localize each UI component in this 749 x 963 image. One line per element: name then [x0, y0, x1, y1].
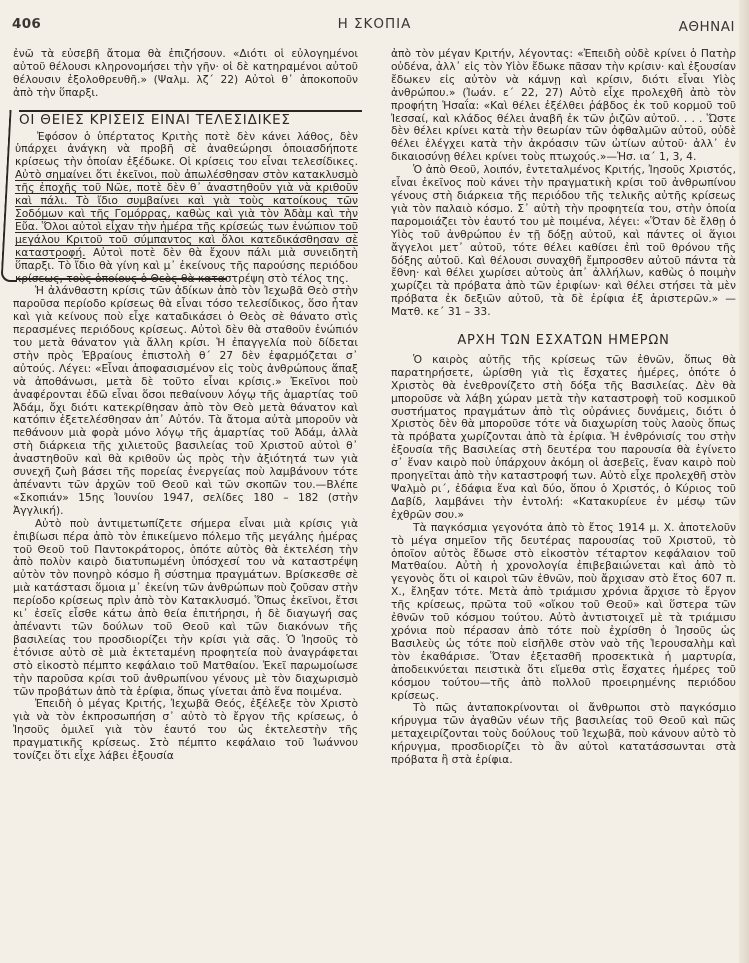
publication-title: Η ΣΚΟΠΙΑ: [12, 16, 737, 32]
marked-section: ΟΙ ΘΕΙΕΣ ΚΡΙΣΕΙΣ ΕΙΝΑΙ ΤΕΛΕΣΙΔΙΚΕΣ Ἐφόσο…: [13, 114, 358, 286]
body-paragraph: Ὁ καιρὸς αὐτῆς τῆς κρίσεως τῶν ἐθνῶν, ὅπ…: [391, 354, 736, 522]
body-paragraph: Ἡ ἀλάνθαστη κρίσις τῶν ἀδίκων ἀπὸ τὸν Ἰε…: [13, 285, 358, 517]
intro-paragraph: ἐνῶ τὰ εὐσεβῆ ἄτομα θὰ ἐπιζήσουν. «Διότι…: [13, 48, 358, 100]
right-column: ἀπὸ τὸν μέγαν Κριτήν, λέγοντας: «Ἐπειδὴ …: [391, 48, 736, 767]
body-paragraph: Τὰ παγκόσμια γεγονότα ἀπὸ τὸ ἔτος 1914 μ…: [391, 522, 736, 703]
publication-location: ΑΘΗΝΑΙ: [679, 19, 735, 35]
hand-drawn-box-bottom: [17, 278, 227, 280]
section-heading-final-judgments: ΟΙ ΘΕΙΕΣ ΚΡΙΣΕΙΣ ΕΙΝΑΙ ΤΕΛΕΣΙΔΙΚΕΣ: [15, 114, 358, 127]
page-edge: [739, 0, 749, 963]
body-paragraph: Ἐπειδὴ ὁ μέγας Κριτής, Ἰεχωβᾶ Θεός, ἐξέλ…: [13, 698, 358, 763]
hand-drawn-box-top: [19, 110, 362, 112]
body-paragraph: Ὁ ἀπὸ Θεοῦ, λοιπόν, ἐντεταλμένος Κριτής,…: [391, 164, 736, 319]
section-heading-last-days: ΑΡΧΗ ΤΩΝ ΕΣΧΑΤΩΝ ΗΜΕΡΩΝ: [391, 335, 736, 348]
page-header: 406 Η ΣΚΟΠΙΑ ΑΘΗΝΑΙ: [12, 16, 737, 36]
boxed-text-plain: Ἐφόσον ὁ ὑπέρτατος Κριτὴς ποτὲ δὲν κάνει…: [15, 130, 358, 169]
boxed-paragraph: Ἐφόσον ὁ ὑπέρτατος Κριτὴς ποτὲ δὲν κάνει…: [15, 131, 358, 286]
body-paragraph: Αὐτὸ ποὺ ἀντιμετωπίζετε σήμερα εἶναι μιὰ…: [13, 518, 358, 699]
body-paragraph: ἀπὸ τὸν μέγαν Κριτήν, λέγοντας: «Ἐπειδὴ …: [391, 48, 736, 164]
body-paragraph: Τὸ πῶς ἀνταποκρίνονται οἱ ἄνθρωποι στὸ π…: [391, 702, 736, 767]
left-column: ἐνῶ τὰ εὐσεβῆ ἄτομα θὰ ἐπιζήσουν. «Διότι…: [13, 48, 358, 763]
